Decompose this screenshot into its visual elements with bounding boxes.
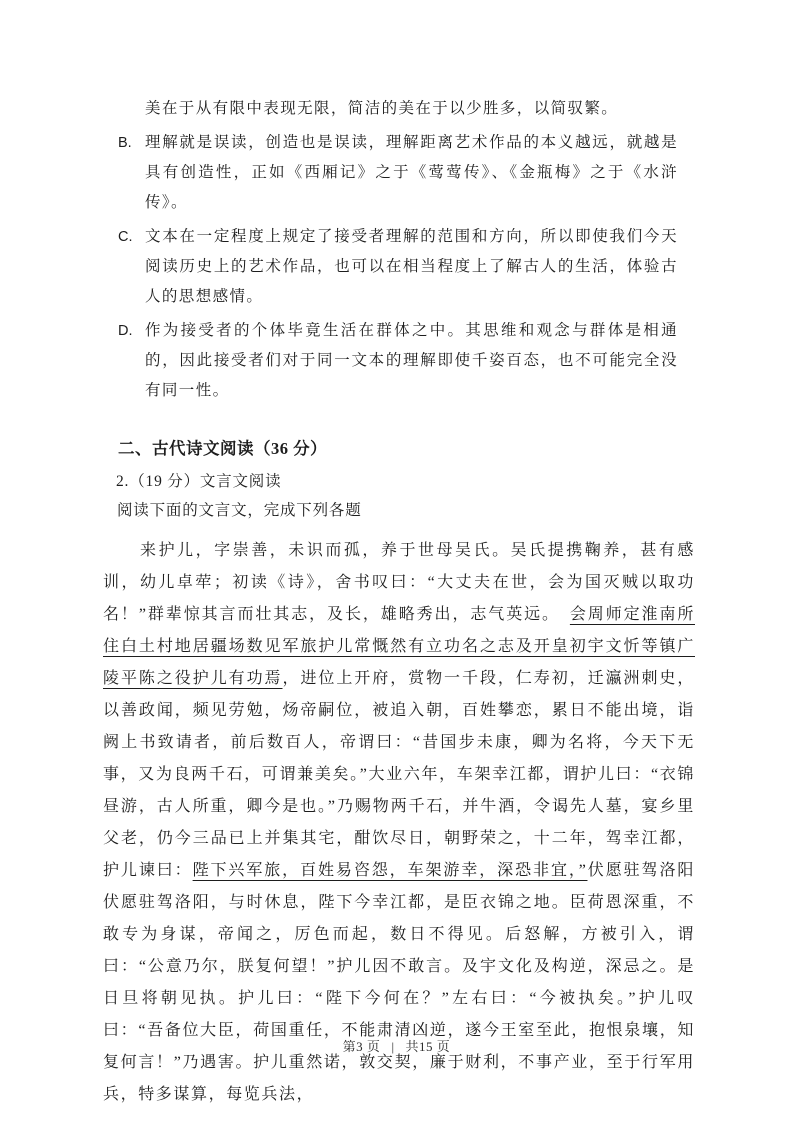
- choice-option-d: D. 作为接受者的个体毕竟生活在群体之中。其思维和观念与群体是相通的，因此接受者…: [118, 316, 695, 406]
- option-d-text: 作为接受者的个体毕竟生活在群体之中。其思维和观念与群体是相通的，因此接受者们对于…: [145, 316, 678, 406]
- page-content: 美在于从有限中表现无限，简洁的美在于以少胜多，以简驭繁。 B. 理解就是误读，创…: [103, 94, 695, 1111]
- passage-segment-underlined: 陛下兴军旅，百姓易咨怨，车架游幸，深恐非宜，”: [193, 862, 588, 879]
- option-c-text: 文本在一定程度上规定了接受者理解的范围和方向，所以即使我们今天阅读历史上的艺术作…: [145, 222, 678, 312]
- option-a-continuation-text: 美在于从有限中表现无限，简洁的美在于以少胜多，以简驭繁。: [145, 94, 695, 124]
- choice-option-b: B. 理解就是误读，创造也是误读，理解距离艺术作品的本义越远，就越是具有创造性，…: [118, 128, 695, 218]
- option-b-label: B.: [118, 128, 145, 218]
- classical-passage: 来护儿，字崇善，未识而孤，养于世母吴氏。吴氏提携鞠养，甚有感训，幼儿卓荦；初读《…: [103, 535, 695, 1111]
- footer-separator: |: [391, 1038, 394, 1056]
- footer-total-pages: 共15 页: [406, 1038, 451, 1056]
- exam-document-page: 美在于从有限中表现无限，简洁的美在于以少胜多，以简驭繁。 B. 理解就是误读，创…: [0, 0, 793, 1122]
- passage-segment: 伏愿驻驾洛阳伏愿驻驾洛阳，与时休息，陛下今幸江都，是臣衣锦之地。臣荷恩深重，不敢…: [103, 862, 695, 1103]
- option-d-label: D.: [118, 316, 145, 406]
- option-b-text: 理解就是误读，创造也是误读，理解距离艺术作品的本义越远，就越是具有创造性，正如《…: [145, 128, 678, 218]
- section-heading: 二、古代诗文阅读（36 分）: [118, 434, 695, 464]
- passage-segment: ，进位上开府，赏物一千段，仁寿初，迁瀛洲刺史，以善政闻，频见劳勉，炀帝嗣位，被追…: [103, 670, 695, 879]
- question-instruction: 阅读下面的文言文，完成下列各题: [117, 497, 695, 525]
- option-c-label: C.: [118, 222, 145, 312]
- choice-option-c: C. 文本在一定程度上规定了接受者理解的范围和方向，所以即使我们今天阅读历史上的…: [118, 222, 695, 312]
- footer-current-page: 第3 页: [343, 1038, 381, 1056]
- page-footer: 第3 页 | 共15 页: [0, 1038, 793, 1056]
- question-title: 2.（19 分）文言文阅读: [116, 467, 695, 497]
